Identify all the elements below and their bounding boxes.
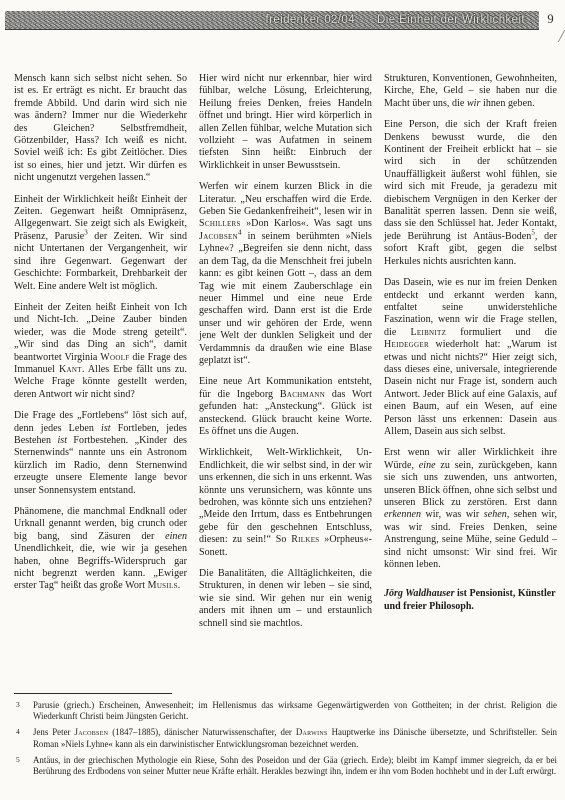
text-column-3: Strukturen, Konventionen, Gewohnheiten, … <box>384 73 557 639</box>
paragraph: Das Dasein, wie es nur im freien Denken … <box>384 277 557 438</box>
paragraph: Eine neue Art Kommunikation entsteht, fü… <box>199 376 372 438</box>
text-run: wiederholt hat: „Warum ist etwas und nic… <box>384 339 557 437</box>
column-3-paragraphs: Strukturen, Konventionen, Gewohnheiten, … <box>384 73 557 571</box>
header-bar: freidenker 02/04 Die Einheit der Wirklic… <box>5 11 539 30</box>
footnote-number: 3 <box>16 699 20 710</box>
paragraph: Hier wird nicht nur erkennbar, hier wird… <box>199 73 372 172</box>
text-run: sehen <box>484 509 507 520</box>
text-run: Schillers <box>199 218 241 229</box>
text-run: eine <box>419 460 436 471</box>
text-run: Phänomene, die manchmal Endknall oder Ur… <box>14 506 187 542</box>
text-run: ist <box>57 435 67 446</box>
text-run: . <box>178 580 181 591</box>
paragraph: Phänomene, die manchmal Endknall oder Ur… <box>14 506 187 593</box>
footnotes-section: 3Parusie (griech.) Erscheinen, Anwesenhe… <box>14 693 557 782</box>
text-run: Heidegger <box>384 339 429 350</box>
paragraph: Die Banalitäten, die Alltäglichkeiten, d… <box>199 568 372 630</box>
paragraph: Werfen wir einem kurzen Blick in die Lit… <box>199 181 372 367</box>
footnote-separator <box>14 693 172 694</box>
text-run: Woolf <box>100 352 129 363</box>
footnote-number: 5 <box>16 754 20 765</box>
text-run: Antäus, in der griechischen Mythologie e… <box>33 755 557 776</box>
column-2-paragraphs: Hier wird nicht nur erkennbar, hier wird… <box>199 73 372 630</box>
text-run: in seinem berühmten »Niels Lyhne«? „Begr… <box>199 231 372 366</box>
text-run: Die Banalitäten, die Alltäglichkeiten, d… <box>199 568 372 629</box>
journal-issue-label: freidenker 02/04 <box>266 14 356 26</box>
text-run: Jacobsen <box>199 231 238 242</box>
text-run: ist <box>101 423 111 434</box>
text-run: Hier wird nicht nur erkennbar, hier wird… <box>199 73 372 171</box>
article-columns: Mensch kann sich selbst nicht sehen. So … <box>14 73 557 639</box>
column-1-paragraphs: Mensch kann sich selbst nicht sehen. So … <box>14 73 187 593</box>
text-run: Mensch kann sich selbst nicht sehen. So … <box>14 73 187 183</box>
paragraph: Die Frage des „Fortlebens“ löst sich auf… <box>14 410 187 497</box>
text-run: Bachmann <box>280 389 325 400</box>
text-run: wir <box>467 98 481 109</box>
text-run: Jacobsen <box>74 727 108 737</box>
author-byline: Jörg Waldhauser ist Pensionist, Künstler… <box>384 587 557 613</box>
text-run: Eine Person, die sich der Kraft freien D… <box>384 119 557 242</box>
text-run: erkennen <box>384 509 421 520</box>
text-run: Musils <box>148 580 178 591</box>
text-run: formuliert und die <box>446 327 557 338</box>
text-run: wir, was wir <box>421 509 484 520</box>
text-column-2: Hier wird nicht nur erkennbar, hier wird… <box>199 73 372 639</box>
paragraph: Strukturen, Konventionen, Gewohnheiten, … <box>384 73 557 110</box>
paragraph: Erst wenn wir aller Wirklichkeit ihre Wü… <box>384 447 557 571</box>
magazine-page: freidenker 02/04 Die Einheit der Wirklic… <box>0 0 565 800</box>
text-run: Rilkes <box>291 534 319 545</box>
footnote: 4Jens Peter Jacobsen (1847–1885), dänisc… <box>14 727 557 749</box>
footnote: 3Parusie (griech.) Erscheinen, Anwesenhe… <box>14 700 557 722</box>
text-run: Darwins <box>296 727 328 737</box>
text-run: ihnen geben. <box>480 98 534 109</box>
paragraph: Mensch kann sich selbst nicht sehen. So … <box>14 73 187 185</box>
paragraph: Einheit der Wirklichkeit heißt Einheit d… <box>14 194 187 293</box>
footnote-list: 3Parusie (griech.) Erscheinen, Anwesenhe… <box>14 700 557 777</box>
footnote: 5Antäus, in der griechischen Mythologie … <box>14 755 557 777</box>
text-run: (1847–1885), dänischer Naturwissenschaft… <box>108 727 296 737</box>
article-title: Die Einheit der Wirklichkeit <box>377 14 525 26</box>
text-column-1: Mensch kann sich selbst nicht sehen. So … <box>14 73 187 639</box>
paragraph: Einheit der Zeiten heißt Einheit von Ich… <box>14 302 187 401</box>
text-run: einen <box>165 531 187 542</box>
text-run: Kant <box>59 364 82 375</box>
text-run: Leibnitz <box>410 327 446 338</box>
text-run: Jens Peter <box>33 727 74 737</box>
footnote-number: 4 <box>16 726 20 737</box>
text-run: Parusie (griech.) Erscheinen, Anwesenhei… <box>33 700 557 721</box>
text-run: Wirklichkeit, Welt-Wirklichkeit, Un-Endl… <box>199 447 372 545</box>
page-number: 9 <box>541 12 560 27</box>
paragraph: Wirklichkeit, Welt-Wirklichkeit, Un-Endl… <box>199 447 372 559</box>
scan-artifact-line <box>548 30 565 42</box>
text-run: Werfen wir einem kurzen Blick in die Lit… <box>199 181 372 217</box>
text-run: Jörg Waldhauser <box>384 588 454 599</box>
paragraph: Eine Person, die sich der Kraft freien D… <box>384 119 557 268</box>
text-run: »Don Karlos«. Was sagt uns <box>241 218 372 229</box>
